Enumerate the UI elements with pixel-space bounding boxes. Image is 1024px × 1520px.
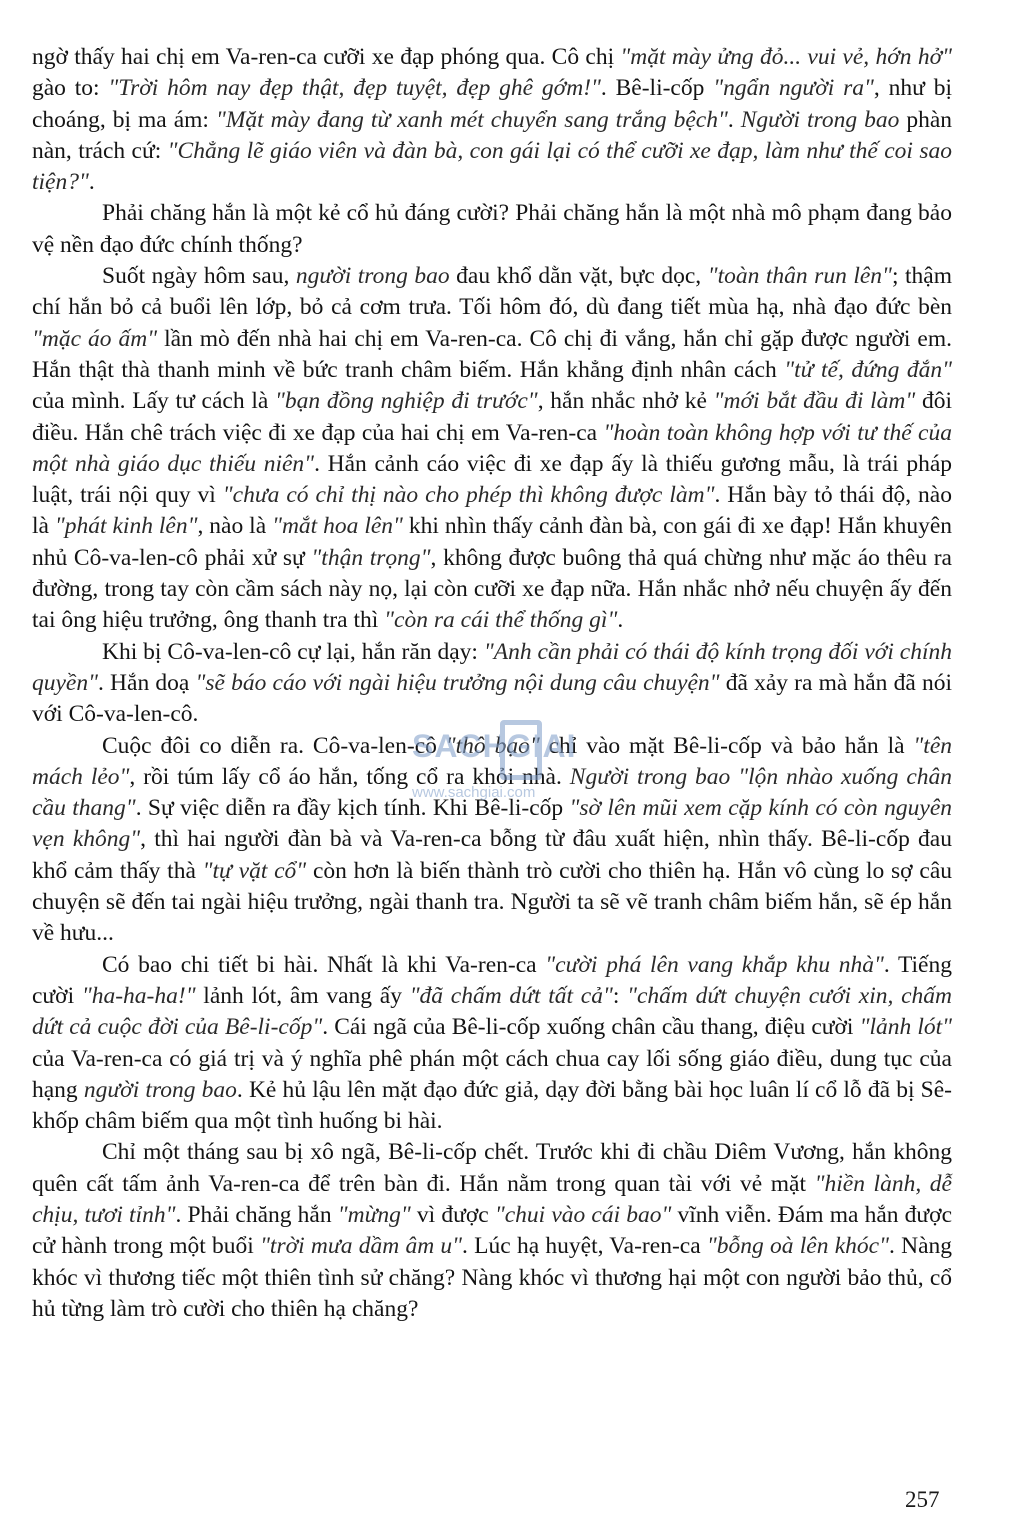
quoted-text: "mừng" bbox=[338, 1202, 411, 1228]
paragraph: ngờ thấy hai chị em Va-ren-ca cưỡi xe đạ… bbox=[32, 42, 952, 198]
paragraph: Chỉ một tháng sau bị xô ngã, Bê-li-cốp c… bbox=[32, 1137, 952, 1325]
body-text: chỉ vào mặt Bê-li-cốp và bảo hắn là bbox=[540, 733, 914, 759]
body-text: , rồi túm lấy cổ áo hắn, tống cổ ra khỏi… bbox=[129, 764, 569, 790]
page-number: 257 bbox=[905, 1487, 940, 1513]
quoted-text: "trời mưa dầm âm u" bbox=[260, 1233, 462, 1259]
body-text: Cuộc đôi co diễn ra. Cô-va-len-cô bbox=[102, 733, 446, 759]
quoted-text: "mặc áo ấm" bbox=[32, 326, 157, 352]
body-text: . Hắn doạ bbox=[98, 670, 196, 696]
body-text: . Phải chăng hắn bbox=[175, 1202, 337, 1228]
quoted-text: "bạn đồng nghiệp đi trước" bbox=[275, 388, 538, 414]
quoted-text: "phát kinh lên" bbox=[55, 513, 198, 539]
quoted-text: "sẽ báo cáo với ngài hiệu trưởng nội dun… bbox=[195, 670, 719, 696]
quoted-text: "bỗng oà lên khóc" bbox=[707, 1233, 889, 1259]
quoted-text: "Mặt mày đang từ xanh mét chuyển sang tr… bbox=[216, 107, 728, 133]
quoted-text: Người trong bao bbox=[741, 107, 900, 133]
quoted-text: "đã chấm dứt tất cả" bbox=[410, 983, 613, 1009]
body-text: của mình. Lấy tư cách là bbox=[32, 388, 275, 414]
quoted-text: "cười phá lên vang khắp khu nhà" bbox=[545, 952, 884, 978]
document-body: ngờ thấy hai chị em Va-ren-ca cưỡi xe đạ… bbox=[32, 42, 952, 1325]
quoted-text: "toàn thân run lên" bbox=[708, 263, 892, 289]
body-text: , hắn nhắc nhở kẻ bbox=[538, 388, 714, 414]
quoted-text: "tự vặt cổ" bbox=[203, 858, 307, 884]
body-text: đau khổ dằn vặt, bực dọc, bbox=[450, 263, 708, 289]
quoted-text: "tử tế, đứng đắn" bbox=[784, 357, 952, 383]
body-text: . Sự việc diễn ra đầy kịch tính. Khi Bê-… bbox=[136, 795, 570, 821]
paragraph: Có bao chi tiết bi hài. Nhất là khi Va-r… bbox=[32, 950, 952, 1138]
quoted-text: "lảnh lót" bbox=[860, 1014, 952, 1040]
quoted-text: "mặt mày ửng đỏ... vui vẻ, hớn hở" bbox=[620, 44, 952, 70]
paragraph: Cuộc đôi co diễn ra. Cô-va-len-cô "thô b… bbox=[32, 731, 952, 950]
paragraph: Suốt ngày hôm sau, người trong bao đau k… bbox=[32, 261, 952, 637]
quoted-text: người trong bao bbox=[296, 263, 450, 289]
body-text: . Bê-li-cốp bbox=[601, 75, 713, 101]
paragraph: Khi bị Cô-va-len-cô cự lại, hắn răn dạy:… bbox=[32, 637, 952, 731]
quoted-text: "ha-ha-ha!" bbox=[82, 983, 196, 1009]
quoted-text: "thô bạo" bbox=[446, 733, 540, 759]
body-text: Phải chăng hắn là một kẻ cổ hủ đáng cười… bbox=[32, 200, 952, 257]
quoted-text: "Trời hôm nay đẹp thật, đẹp tuyệt, đẹp g… bbox=[108, 75, 600, 101]
body-text: gào to: bbox=[32, 75, 108, 101]
quoted-text: "ngẩn người ra" bbox=[713, 75, 874, 101]
body-text: ngờ thấy hai chị em Va-ren-ca cưỡi xe đạ… bbox=[32, 44, 620, 70]
body-text: Có bao chi tiết bi hài. Nhất là khi Va-r… bbox=[102, 952, 545, 978]
body-text: . bbox=[617, 607, 623, 633]
quoted-text: "chưa có chỉ thị nào cho phép thì không … bbox=[223, 482, 715, 508]
body-text: . Cái ngã của Bê-li-cốp xuống chân cầu t… bbox=[322, 1014, 859, 1040]
quoted-text: "thận trọng" bbox=[311, 545, 430, 571]
body-text: . bbox=[89, 169, 95, 195]
body-text: : bbox=[613, 983, 627, 1009]
quoted-text: người trong bao bbox=[84, 1077, 237, 1103]
body-text: Suốt ngày hôm sau, bbox=[102, 263, 296, 289]
quoted-text: "chui vào cái bao" bbox=[495, 1202, 672, 1228]
body-text: . bbox=[728, 107, 741, 133]
body-text: lảnh lót, âm vang ấy bbox=[196, 983, 410, 1009]
paragraph: Phải chăng hắn là một kẻ cổ hủ đáng cười… bbox=[32, 198, 952, 261]
quoted-text: "mắt hoa lên" bbox=[272, 513, 403, 539]
body-text: , nào là bbox=[197, 513, 272, 539]
body-text: vì được bbox=[411, 1202, 495, 1228]
quoted-text: "còn ra cái thể thống gì" bbox=[384, 607, 617, 633]
quoted-text: "mới bắt đầu đi làm" bbox=[714, 388, 916, 414]
body-text: Khi bị Cô-va-len-cô cự lại, hắn răn dạy: bbox=[102, 639, 484, 665]
body-text: . Lúc hạ huyệt, Va-ren-ca bbox=[462, 1233, 707, 1259]
quoted-text: "Chẳng lẽ giáo viên và đàn bà, con gái l… bbox=[32, 138, 952, 195]
